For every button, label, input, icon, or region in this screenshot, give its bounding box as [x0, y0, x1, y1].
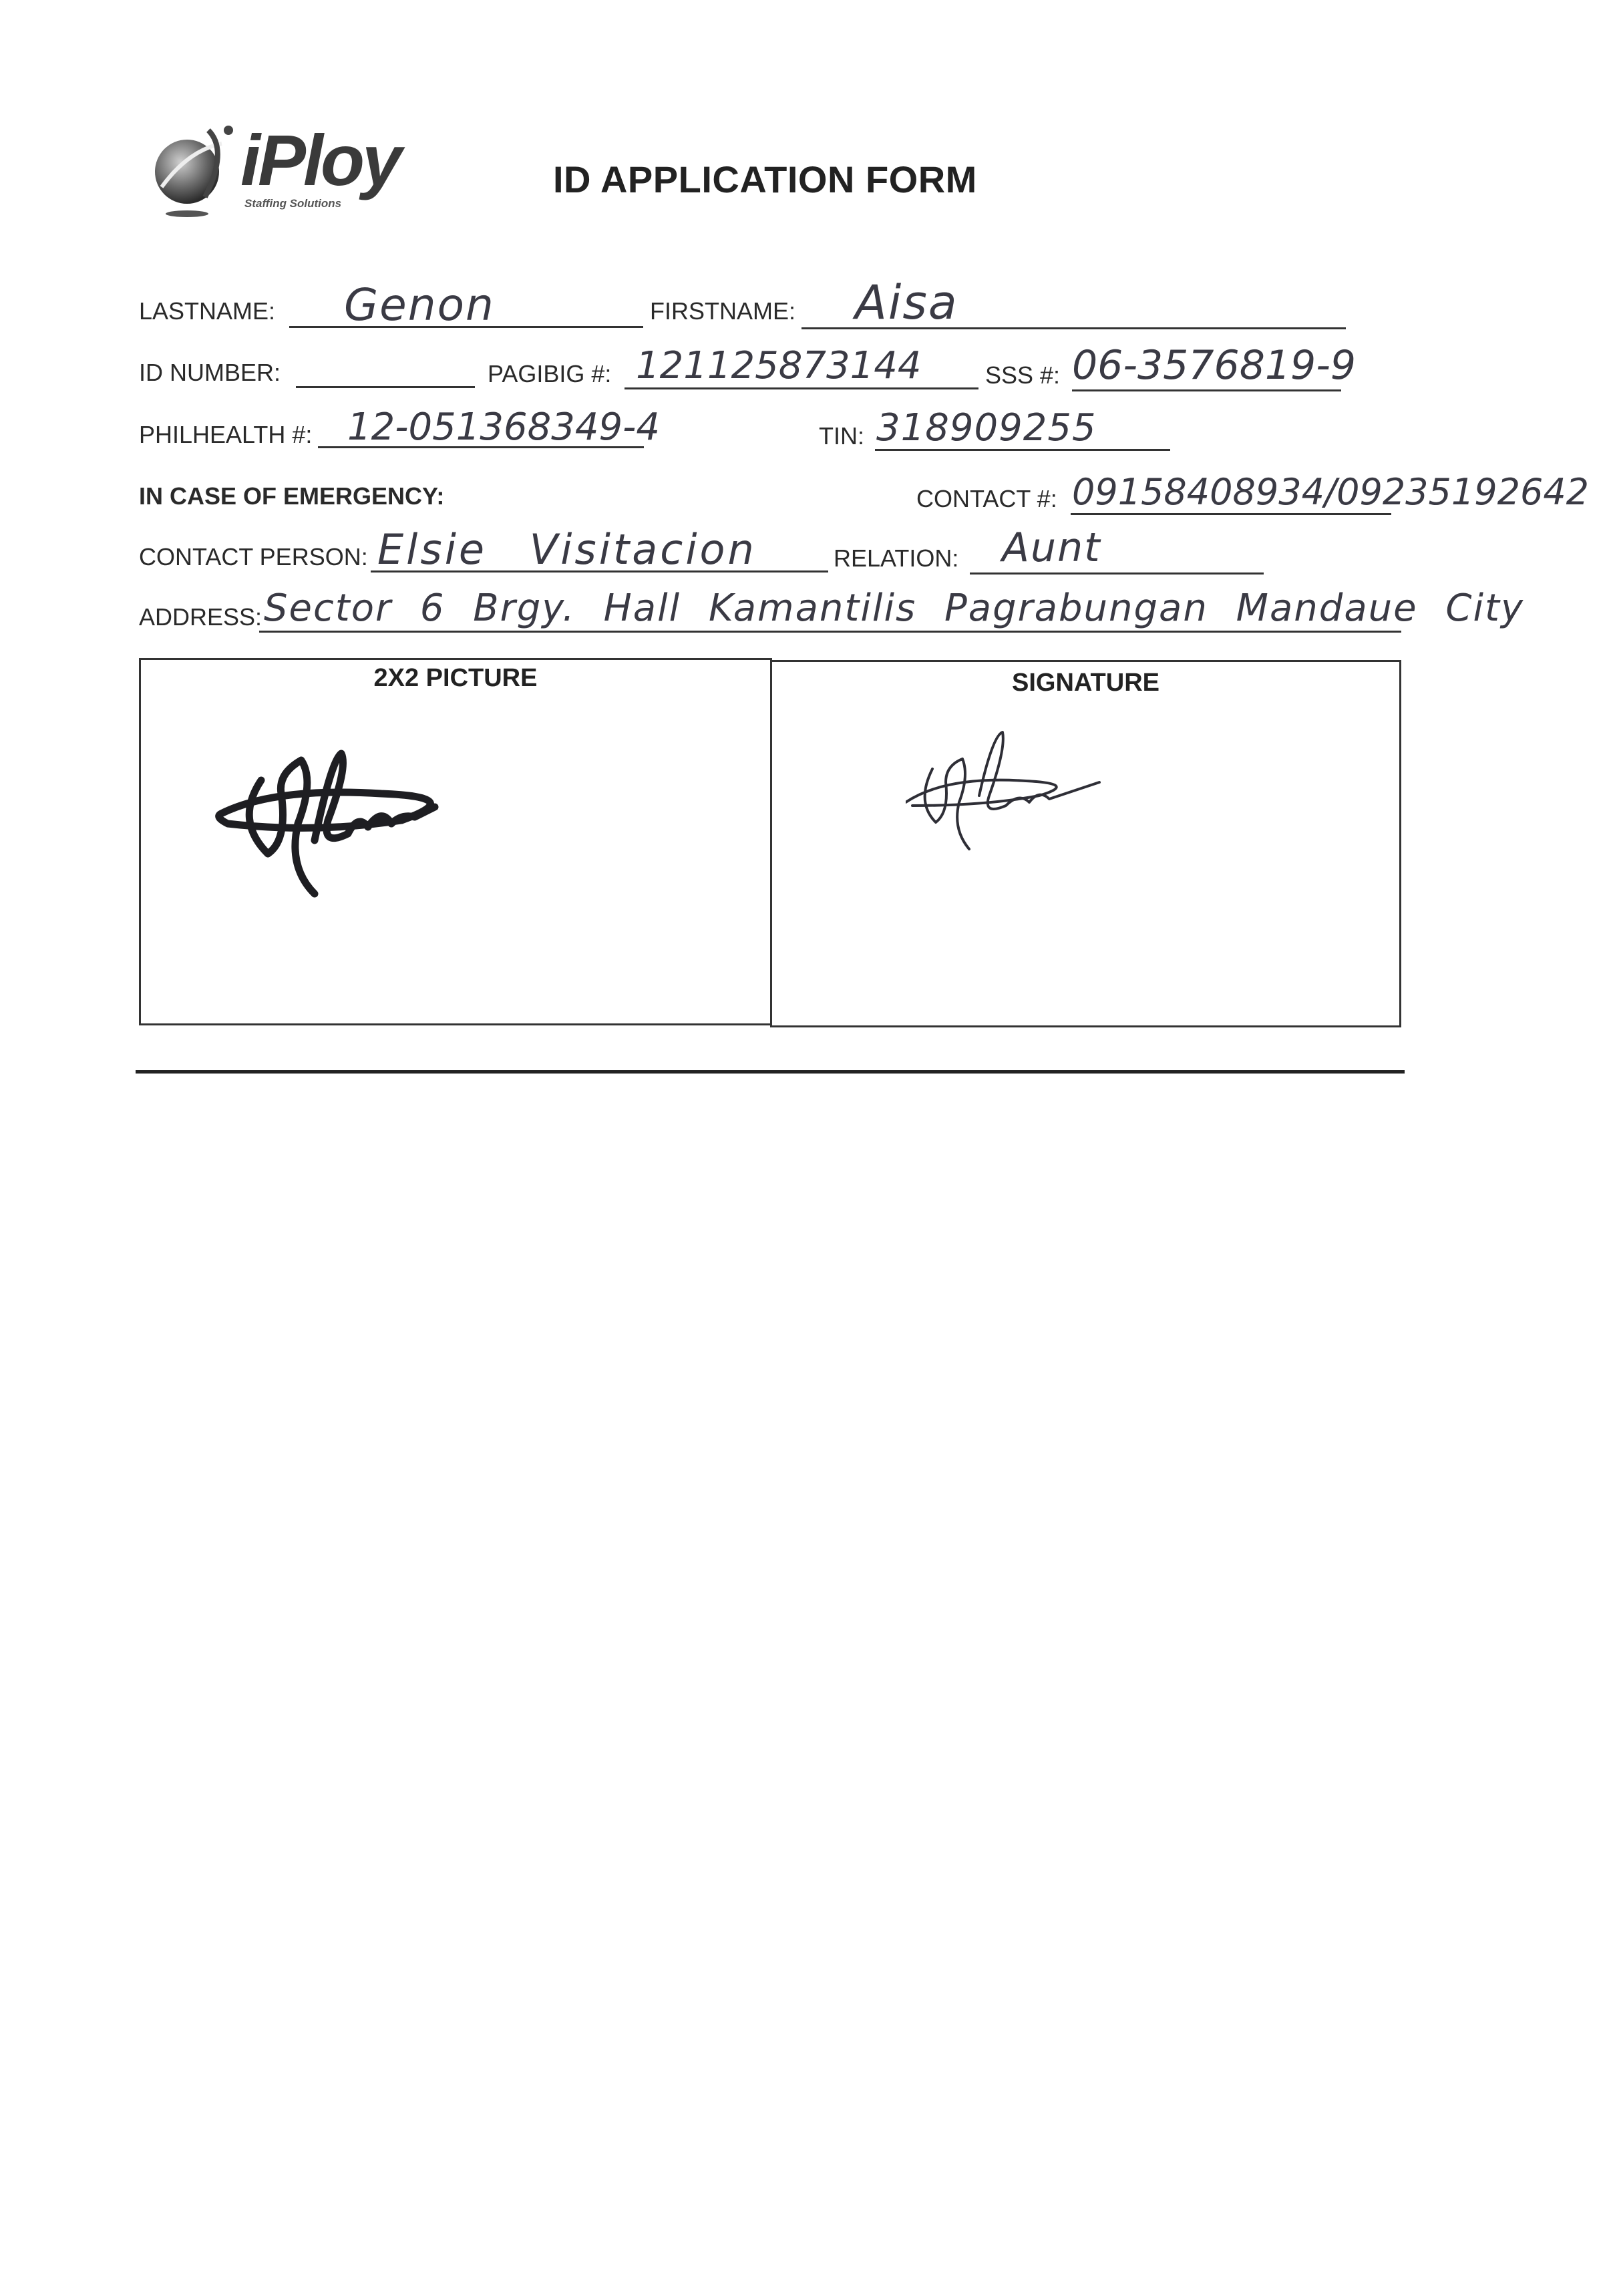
signature-scribble-bold	[214, 740, 495, 900]
contact-number-underline	[1071, 513, 1391, 515]
philhealth-label: PHILHEALTH #:	[139, 421, 312, 449]
address-underline	[259, 631, 1401, 633]
contact-person-field[interactable]: Elsie Visitacion	[377, 525, 757, 574]
firstname-label: FIRSTNAME:	[650, 297, 795, 325]
contact-number-label: CONTACT #:	[916, 485, 1057, 513]
picture-box[interactable]: 2X2 PICTURE	[139, 658, 772, 1025]
pagibig-field[interactable]: 121125873144	[636, 344, 922, 387]
picture-box-label: 2X2 PICTURE	[141, 664, 770, 693]
sss-underline	[1072, 389, 1341, 391]
pagibig-underline	[624, 387, 978, 389]
id-number-label: ID NUMBER:	[139, 359, 281, 387]
tin-label: TIN:	[819, 422, 864, 450]
relation-underline	[970, 572, 1264, 575]
emergency-heading: IN CASE OF EMERGENCY:	[139, 482, 444, 510]
philhealth-field[interactable]: 12-051368349-4	[347, 405, 660, 449]
bottom-divider	[136, 1070, 1405, 1074]
address-field[interactable]: Sector 6 Brgy. Hall Kamantilis Pagrabung…	[264, 587, 1524, 630]
lastname-field[interactable]: Genon	[344, 279, 495, 331]
signature-box[interactable]: SIGNATURE	[770, 660, 1401, 1027]
form-title: ID APPLICATION FORM	[553, 158, 977, 201]
logo-tagline: Staffing Solutions	[244, 197, 341, 210]
lastname-label: LASTNAME:	[139, 297, 275, 325]
id-number-underline	[296, 386, 475, 388]
signature-scribble-thin	[906, 729, 1146, 862]
contact-number-field[interactable]: 09158408934/09235192642	[1072, 471, 1589, 513]
sss-label: SSS #:	[985, 361, 1060, 389]
relation-label: RELATION:	[834, 544, 958, 572]
contact-person-label: CONTACT PERSON:	[139, 543, 368, 571]
iploy-logo: iPloy Staffing Solutions	[148, 124, 402, 217]
firstname-field[interactable]: Aisa	[855, 275, 958, 330]
pagibig-label: PAGIBIG #:	[488, 360, 611, 388]
signature-box-label: SIGNATURE	[772, 669, 1399, 697]
sss-field[interactable]: 06-3576819-9	[1072, 342, 1356, 389]
address-label: ADDRESS:	[139, 603, 262, 631]
relation-field[interactable]: Aunt	[1002, 524, 1101, 571]
logo-brand: iPloy	[240, 124, 399, 197]
tin-field[interactable]: 318909255	[876, 406, 1097, 450]
